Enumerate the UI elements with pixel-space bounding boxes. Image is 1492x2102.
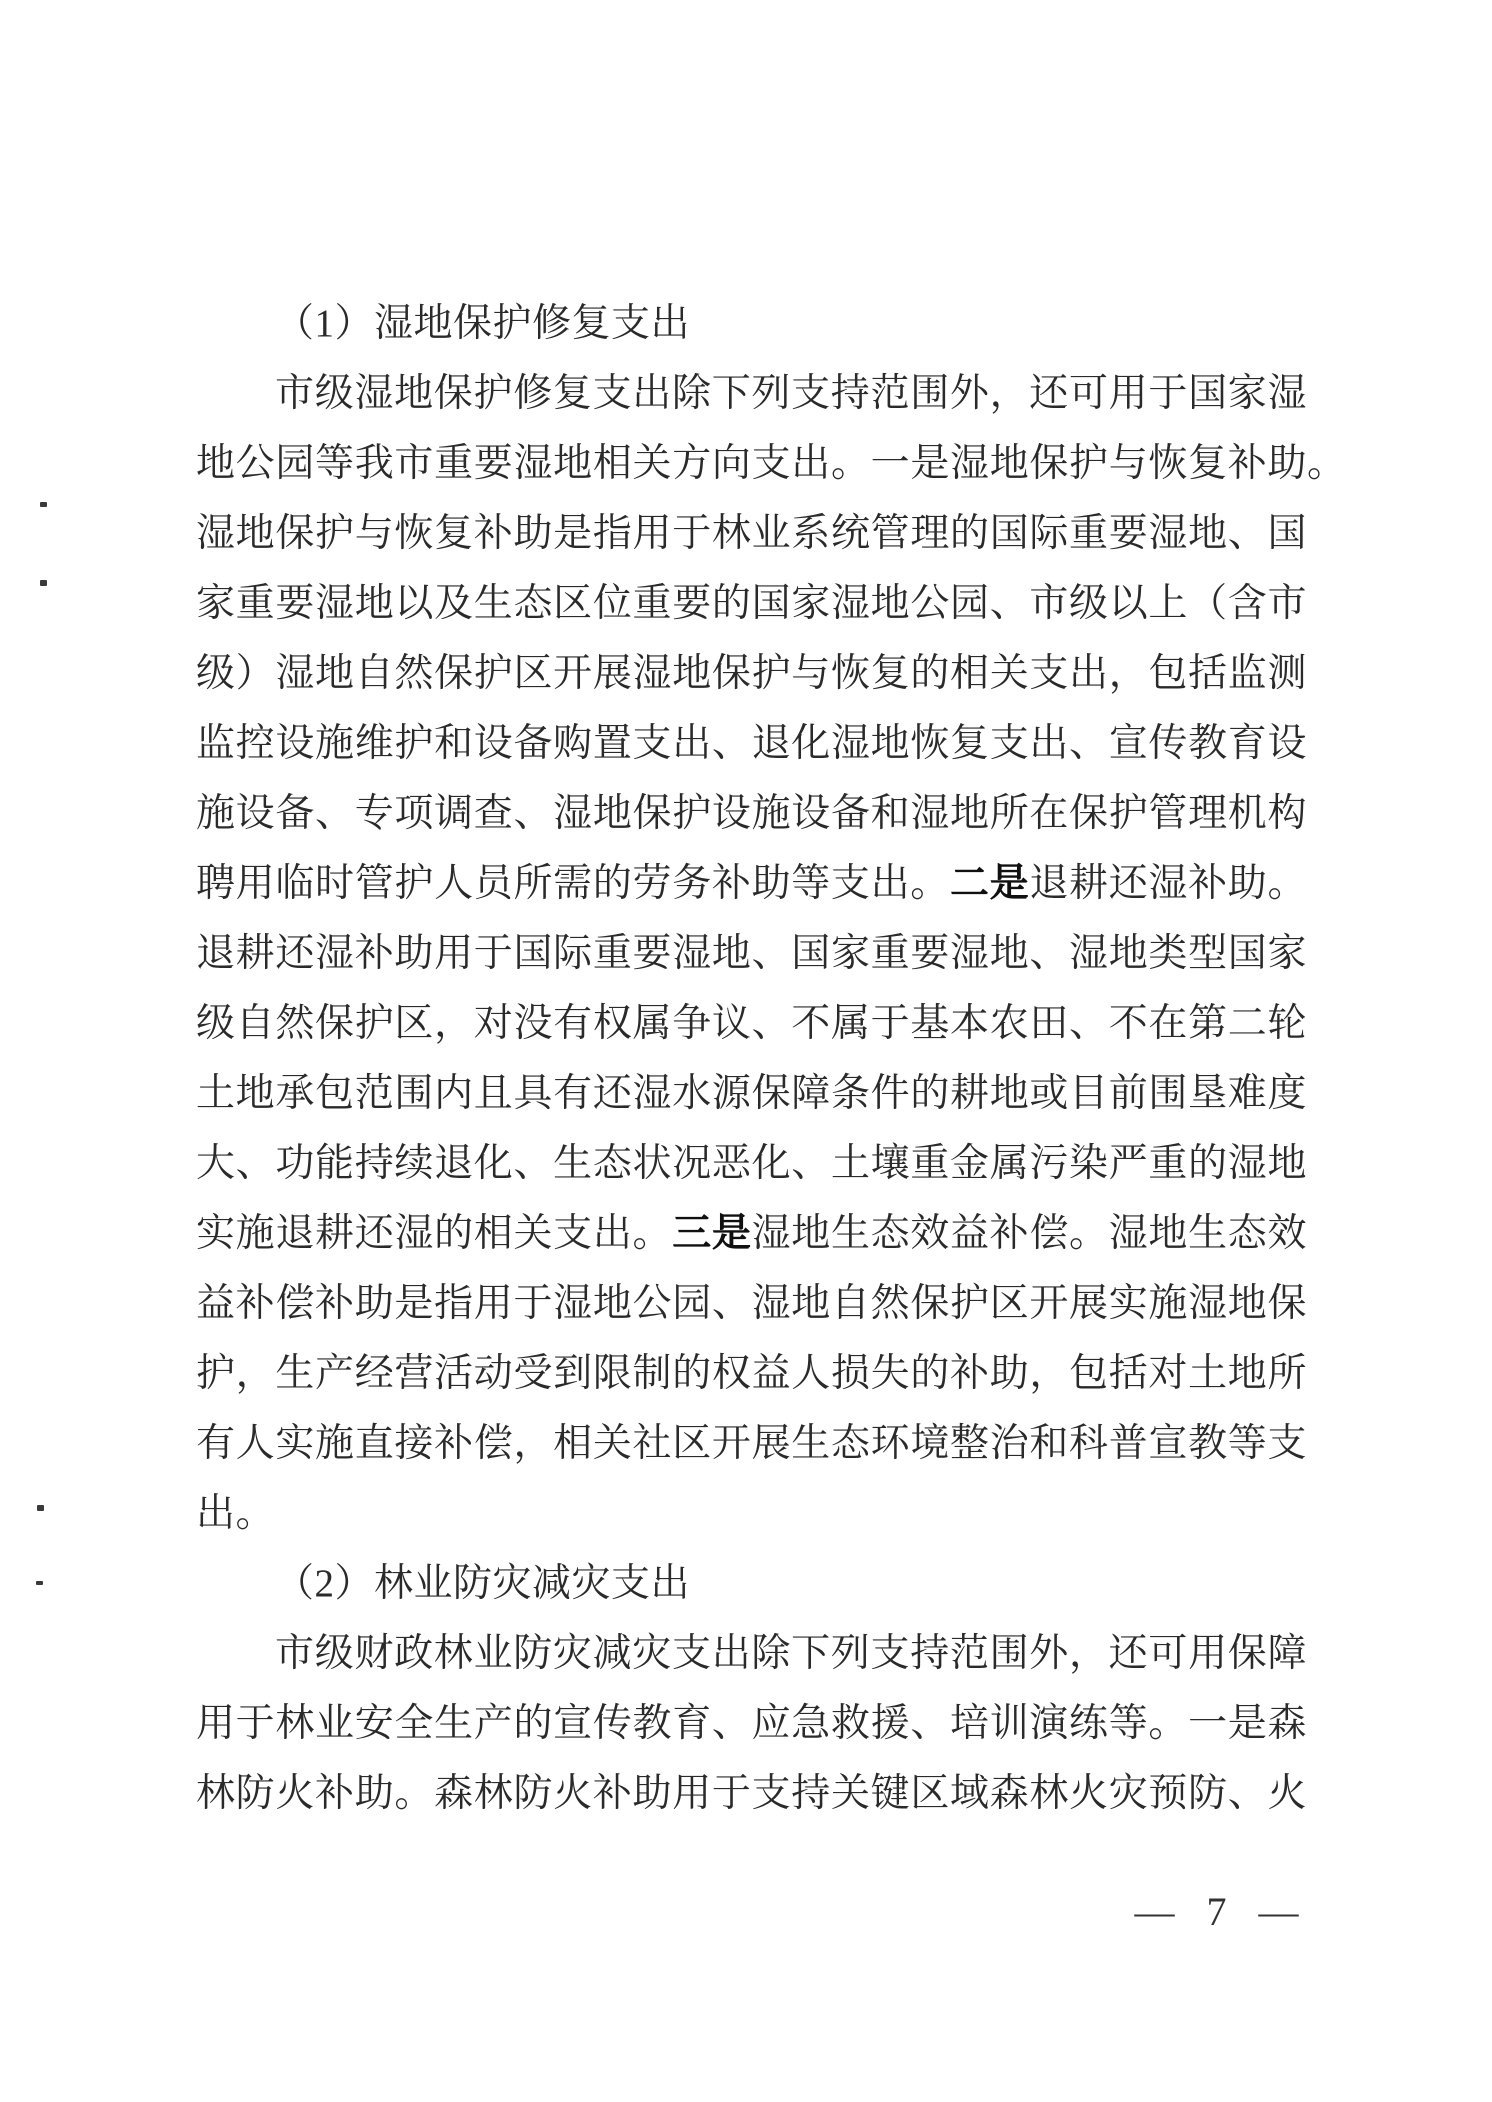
text-segment: 用于林业安全生产的宣传教育、应急救援、培训演练等。一是森 [196, 1702, 1307, 1745]
text-segment: 市级财政林业防灾减灾支出除下列支持范围外，还可用保障 [275, 1632, 1307, 1675]
hanging-punctuation: 。 [1307, 429, 1346, 499]
bold-emphasis: 三是 [672, 1212, 751, 1255]
bold-emphasis: 二是 [950, 862, 1029, 905]
scan-speck [40, 502, 47, 507]
text-segment: 市级湿地保护修复支出除下列支持范围外，还可用于国家湿 [275, 372, 1307, 415]
text-segment: 大、功能持续退化、生态状况恶化、土壤重金属污染严重的湿地 [196, 1142, 1307, 1185]
text-segment: 级）湿地自然保护区开展湿地保护与恢复的相关支出，包括监测 [196, 652, 1307, 695]
text-line: 家重要湿地以及生态区位重要的国家湿地公园、市级以上（含市 [196, 569, 1307, 639]
text-segment: 出。 [196, 1492, 275, 1535]
text-line: 监控设施维护和设备购置支出、退化湿地恢复支出、宣传教育设 [196, 709, 1307, 779]
scan-speck [37, 1505, 44, 1511]
text-segment: 益补偿补助是指用于湿地公园、湿地自然保护区开展实施湿地保 [196, 1282, 1307, 1325]
text-line: 实施退耕还湿的相关支出。三是湿地生态效益补偿。湿地生态效 [196, 1199, 1307, 1269]
text-segment: 林防火补助。森林防火补助用于支持关键区域森林火灾预防、火 [196, 1772, 1307, 1815]
text-line: 土地承包范围内且具有还湿水源保障条件的耕地或目前围垦难度 [196, 1059, 1307, 1129]
section-heading: （1）湿地保护修复支出 [196, 289, 1307, 359]
text-line: 退耕还湿补助用于国际重要湿地、国家重要湿地、湿地类型国家 [196, 919, 1307, 989]
text-line: 施设备、专项调查、湿地保护设施设备和湿地所在保护管理机构 [196, 779, 1307, 849]
text-segment: 土地承包范围内且具有还湿水源保障条件的耕地或目前围垦难度 [196, 1072, 1307, 1115]
text-line: 聘用临时管护人员所需的劳务补助等支出。二是退耕还湿补助。 [196, 849, 1307, 919]
text-segment: 湿地保护与恢复补助是指用于林业系统管理的国际重要湿地、国 [196, 512, 1307, 555]
section-heading: （2）林业防灾减灾支出 [196, 1549, 1307, 1619]
text-segment: 聘用临时管护人员所需的劳务补助等支出。 [196, 862, 950, 905]
text-segment: 退耕还湿补助用于国际重要湿地、国家重要湿地、湿地类型国家 [196, 932, 1307, 975]
text-segment: 实施退耕还湿的相关支出。 [196, 1212, 672, 1255]
text-line: 用于林业安全生产的宣传教育、应急救援、培训演练等。一是森 [196, 1689, 1307, 1759]
scan-speck [36, 1581, 43, 1585]
text-line: 出。 [196, 1479, 1307, 1549]
text-line: 护，生产经营活动受到限制的权益人损失的补助，包括对土地所 [196, 1339, 1307, 1409]
text-line: 地公园等我市重要湿地相关方向支出。一是湿地保护与恢复补助。 [196, 429, 1307, 499]
document-text-block: （1）湿地保护修复支出市级湿地保护修复支出除下列支持范围外，还可用于国家湿地公园… [196, 289, 1307, 1829]
text-segment: 级自然保护区，对没有权属争议、不属于基本农田、不在第二轮 [196, 1002, 1307, 1045]
text-line: 林防火补助。森林防火补助用于支持关键区域森林火灾预防、火 [196, 1759, 1307, 1829]
text-segment: 有人实施直接补偿，相关社区开展生态环境整治和科普宣教等支 [196, 1422, 1307, 1465]
text-line: 湿地保护与恢复补助是指用于林业系统管理的国际重要湿地、国 [196, 499, 1307, 569]
text-line: 级自然保护区，对没有权属争议、不属于基本农田、不在第二轮 [196, 989, 1307, 1059]
text-segment: 家重要湿地以及生态区位重要的国家湿地公园、市级以上（含市 [196, 582, 1307, 625]
text-line: 市级湿地保护修复支出除下列支持范围外，还可用于国家湿 [196, 359, 1307, 429]
scan-speck [40, 580, 47, 586]
text-segment: 地公园等我市重要湿地相关方向支出。一是湿地保护与恢复补助 [196, 442, 1307, 485]
text-segment: 湿地生态效益补偿。湿地生态效 [752, 1212, 1307, 1255]
text-segment: 施设备、专项调查、湿地保护设施设备和湿地所在保护管理机构 [196, 792, 1307, 835]
text-segment: 护，生产经营活动受到限制的权益人损失的补助，包括对土地所 [196, 1352, 1307, 1395]
text-line: 大、功能持续退化、生态状况恶化、土壤重金属污染严重的湿地 [196, 1129, 1307, 1199]
scanned-document-page: （1）湿地保护修复支出市级湿地保护修复支出除下列支持范围外，还可用于国家湿地公园… [0, 0, 1492, 2102]
text-line: 市级财政林业防灾减灾支出除下列支持范围外，还可用保障 [196, 1619, 1307, 1689]
text-segment: 监控设施维护和设备购置支出、退化湿地恢复支出、宣传教育设 [196, 722, 1307, 765]
page-number: — 7 — [1080, 1882, 1360, 1942]
text-line: 级）湿地自然保护区开展湿地保护与恢复的相关支出，包括监测 [196, 639, 1307, 709]
text-segment: （1）湿地保护修复支出 [275, 302, 690, 345]
text-line: 益补偿补助是指用于湿地公园、湿地自然保护区开展实施湿地保 [196, 1269, 1307, 1339]
text-segment: 退耕还湿补助。 [1029, 862, 1307, 905]
text-line: 有人实施直接补偿，相关社区开展生态环境整治和科普宣教等支 [196, 1409, 1307, 1479]
text-segment: （2）林业防灾减灾支出 [275, 1562, 690, 1605]
